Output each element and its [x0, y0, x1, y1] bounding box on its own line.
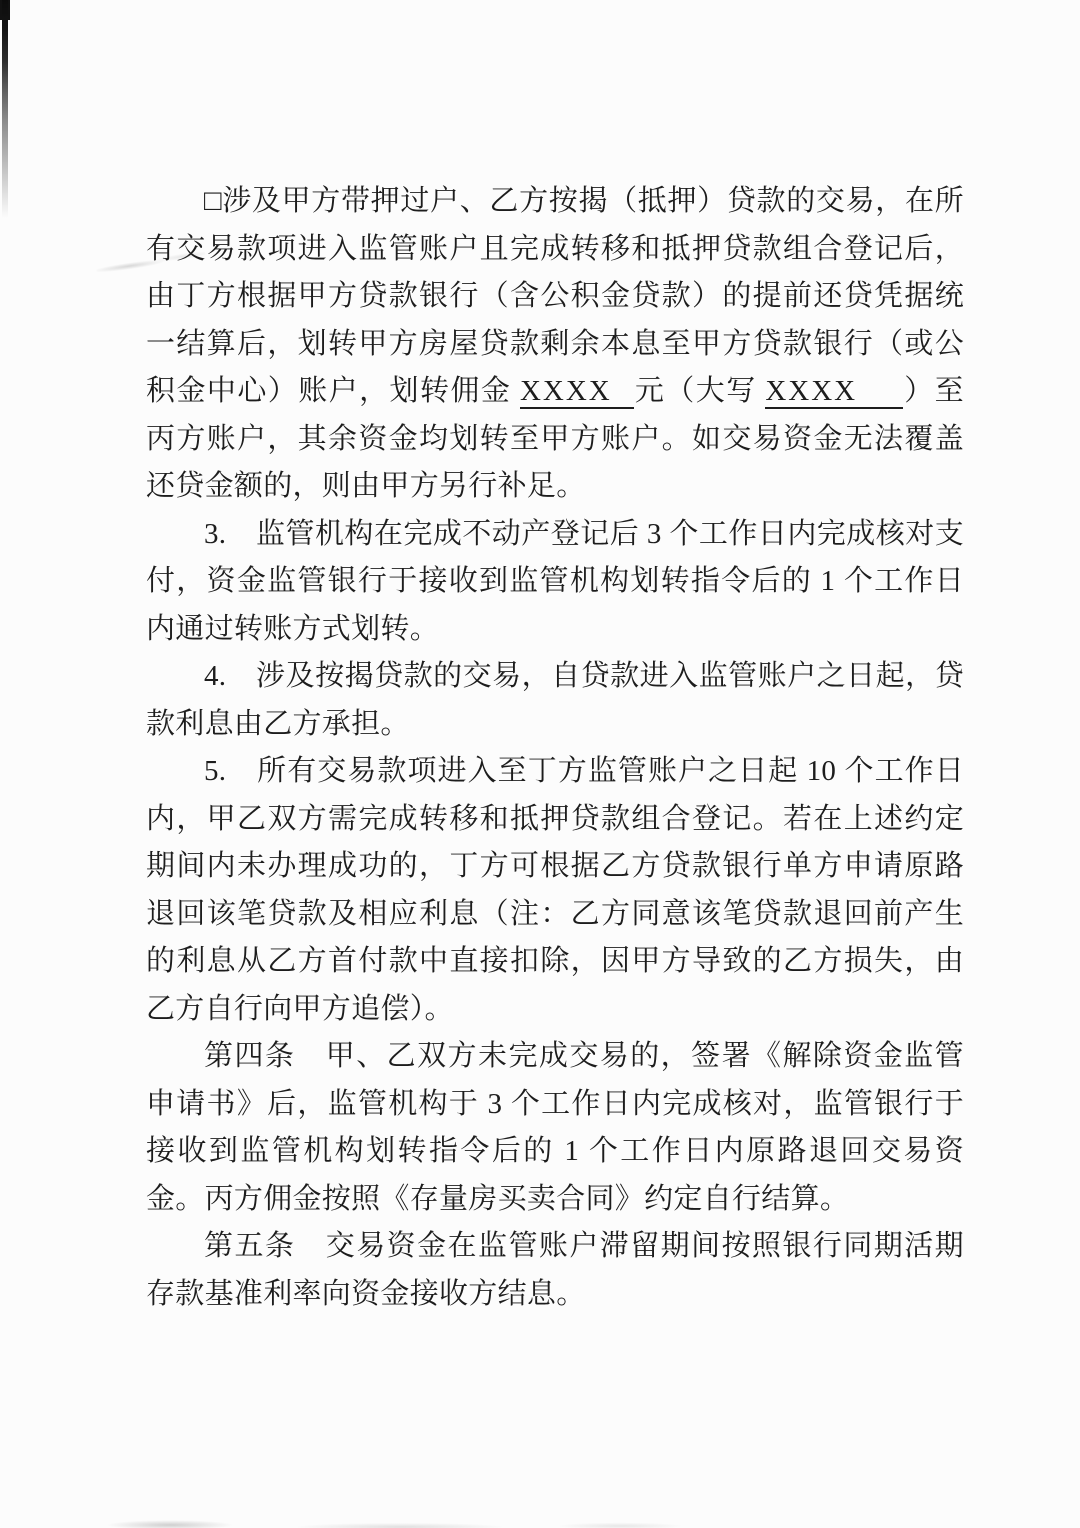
paragraph-item-4: 4. 涉及按揭贷款的交易，自贷款进入监管账户之日起，贷款利息由乙方承担。: [146, 653, 964, 748]
commission-amount-blank: XXXX: [520, 375, 634, 409]
paragraph-item-3: 3. 监管机构在完成不动产登记后 3 个工作日内完成核对支付，资金监管银行于接收…: [146, 511, 964, 654]
scanned-document-page: □涉及甲方带押过户、乙方按揭（抵押）贷款的交易，在所有交易款项进入监管账户且完成…: [0, 0, 1080, 1528]
contract-text-block: □涉及甲方带押过户、乙方按揭（抵押）贷款的交易，在所有交易款项进入监管账户且完成…: [146, 178, 964, 1318]
clause-text-lead: 涉及甲方带押过户、乙方按揭（抵押）贷款的交易，在所有交易款项进入监管账户且完成转…: [146, 185, 964, 407]
scan-artifact-left-edge: [2, 0, 8, 218]
clause-text-middle: 元（大写: [634, 375, 766, 407]
scan-artifact-bottom-smudge: [40, 1512, 800, 1528]
paragraph-article-5: 第五条 交易资金在监管账户滞留期间按照银行同期活期存款基准利率向资金接收方结息。: [146, 1223, 964, 1318]
checkbox-unchecked-icon: □: [204, 185, 222, 217]
paragraph-article-4: 第四条 甲、乙双方未完成交易的，签署《解除资金监管申请书》后，监管机构于 3 个…: [146, 1033, 964, 1223]
paragraph-item-5: 5. 所有交易款项进入至丁方监管账户之日起 10 个工作日内，甲乙双方需完成转移…: [146, 748, 964, 1033]
commission-amount-capital-blank: XXXX: [765, 375, 903, 409]
paragraph-mortgage-transfer-clause: □涉及甲方带押过户、乙方按揭（抵押）贷款的交易，在所有交易款项进入监管账户且完成…: [146, 178, 964, 511]
